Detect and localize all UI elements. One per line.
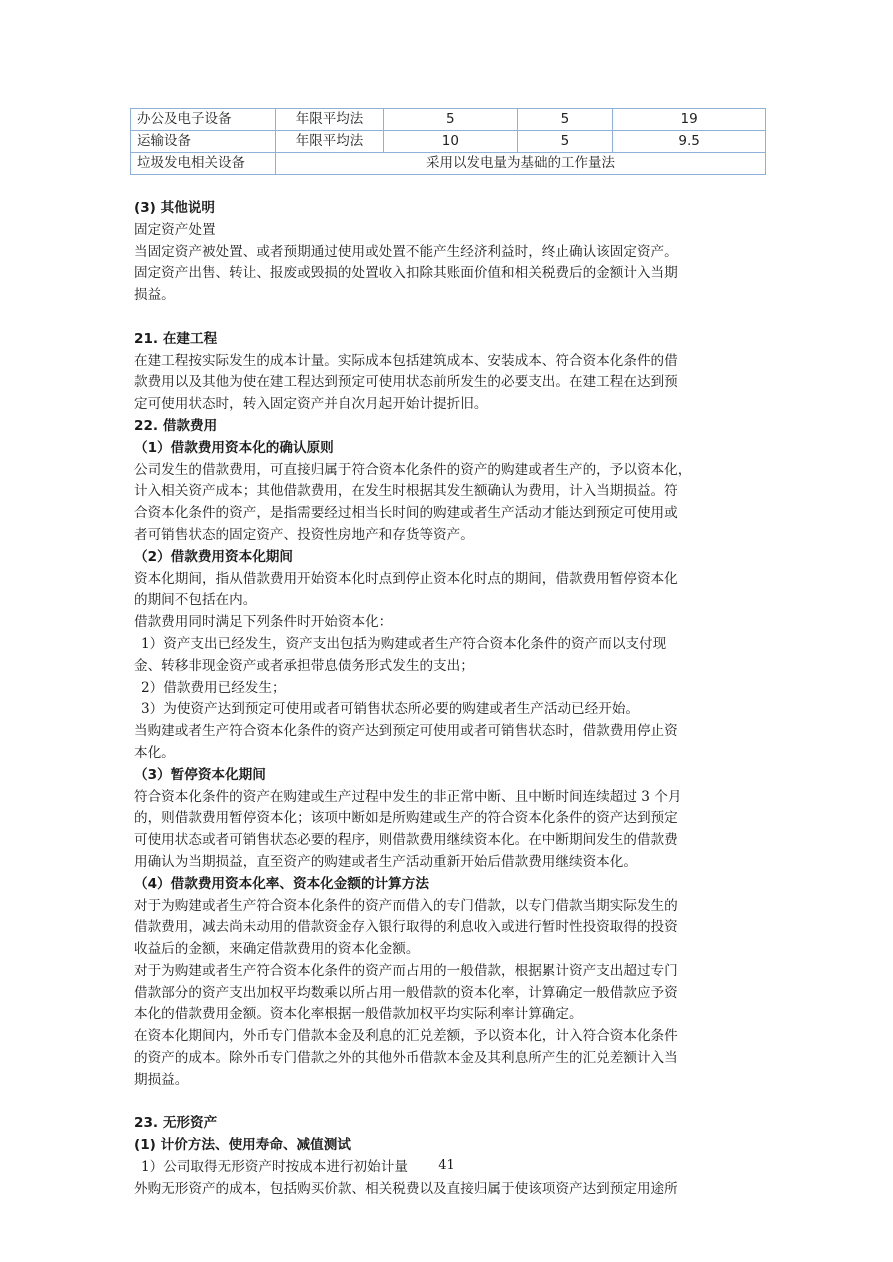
subsection-heading: (1) 计价方法、使用寿命、减值测试 [134, 1135, 764, 1157]
paragraph-line: 外购无形资产的成本，包括购买价款、相关税费以及直接归属于使该项资产达到预定用途所 [134, 1179, 764, 1201]
paragraph-line: 公司发生的借款费用，可直接归属于符合资本化条件的资产的购建或者生产的，予以资本化… [134, 460, 764, 482]
paragraph-line: 固定资产出售、转让、报废或毁损的处置收入扣除其账面价值和相关税费后的金额计入当期 [134, 263, 764, 285]
paragraph-line: 对于为购建或者生产符合资本化条件的资产而占用的一般借款，根据累计资产支出超过专门 [134, 961, 764, 983]
subsection-heading: （1）借款费用资本化的确认原则 [134, 438, 764, 460]
paragraph-line: 当固定资产被处置、或者预期通过使用或处置不能产生经济利益时，终止确认该固定资产。 [134, 242, 764, 264]
paragraph-line: 借款部分的资产支出加权平均数乘以所占用一般借款的资本化率，计算确定一般借款应予资 [134, 983, 764, 1005]
table-cell-years: 10 [384, 131, 518, 153]
paragraph-line: 可使用状态或者可销售状态必要的程序，则借款费用继续资本化。在中断期间发生的借款费 [134, 830, 764, 852]
paragraph-line: 的期间不包括在内。 [134, 590, 764, 612]
paragraph-line: 用确认为当期损益，直至资产的购建或者生产活动重新开始后借款费用继续资本化。 [134, 852, 764, 874]
subheading: 固定资产处置 [134, 220, 764, 242]
paragraph-line: 对于为购建或者生产符合资本化条件的资产而借入的专门借款，以专门借款当期实际发生的 [134, 896, 764, 918]
table-cell-residual-rate: 5 [517, 131, 613, 153]
depreciation-table: 办公及电子设备 年限平均法 5 5 19 运输设备 年限平均法 10 5 9.5… [130, 108, 766, 175]
table-cell-years: 5 [384, 109, 518, 131]
subsection-heading: （2）借款费用资本化期间 [134, 547, 764, 569]
paragraph-line: 合资本化条件的资产，是指需要经过相当长时间的购建或者生产活动才能达到预定可使用或 [134, 503, 764, 525]
paragraph-line: 当购建或者生产符合资本化条件的资产达到预定可使用或者可销售状态时，借款费用停止资 [134, 721, 764, 743]
subsection-heading: （4）借款费用资本化率、资本化金额的计算方法 [134, 874, 764, 896]
table-cell-category: 垃圾发电相关设备 [131, 153, 276, 175]
table-cell-category: 运输设备 [131, 131, 276, 153]
section-heading: 21. 在建工程 [134, 329, 764, 351]
document-body: (3) 其他说明 固定资产处置 当固定资产被处置、或者预期通过使用或处置不能产生… [134, 198, 764, 1201]
table-cell-category: 办公及电子设备 [131, 109, 276, 131]
paragraph-line: 借款费用同时满足下列条件时开始资本化： [134, 612, 764, 634]
section-heading: 22. 借款费用 [134, 416, 764, 438]
table-row: 办公及电子设备 年限平均法 5 5 19 [131, 109, 766, 131]
table-cell-merged-method: 采用以发电量为基础的工作量法 [276, 153, 766, 175]
table-cell-annual-rate: 9.5 [613, 131, 766, 153]
paragraph-line: 损益。 [134, 285, 764, 307]
paragraph-line: 定可使用状态时，转入固定资产并自次月起开始计提折旧。 [134, 394, 764, 416]
table-row: 垃圾发电相关设备 采用以发电量为基础的工作量法 [131, 153, 766, 175]
paragraph-line: 在建工程按实际发生的成本计量。实际成本包括建筑成本、安装成本、符合资本化条件的借 [134, 351, 764, 373]
paragraph-line: 款费用以及其他为使在建工程达到预定可使用状态前所发生的必要支出。在建工程在达到预 [134, 372, 764, 394]
subsection-heading: （3）暂停资本化期间 [134, 765, 764, 787]
paragraph-line: 资本化期间，指从借款费用开始资本化时点到停止资本化时点的期间，借款费用暂停资本化 [134, 569, 764, 591]
paragraph-line: 本化。 [134, 743, 764, 765]
paragraph-line: 本化的借款费用金额。资本化率根据一般借款加权平均实际利率计算确定。 [134, 1004, 764, 1026]
page-number: 41 [0, 1158, 893, 1173]
section-heading: (3) 其他说明 [134, 198, 764, 220]
paragraph-line: 期损益。 [134, 1070, 764, 1092]
table-row: 运输设备 年限平均法 10 5 9.5 [131, 131, 766, 153]
paragraph-line: 借款费用，减去尚未动用的借款资金存入银行取得的利息收入或进行暂时性投资取得的投资 [134, 917, 764, 939]
list-item: 2）借款费用已经发生； [134, 678, 764, 700]
paragraph-line: 者可销售状态的固定资产、投资性房地产和存货等资产。 [134, 525, 764, 547]
list-item: 1）资产支出已经发生，资产支出包括为购建或者生产符合资本化条件的资产而以支付现 [134, 634, 764, 656]
document-page: 办公及电子设备 年限平均法 5 5 19 运输设备 年限平均法 10 5 9.5… [0, 0, 893, 1262]
paragraph-line: 的，则借款费用暂停资本化；该项中断如是所购建或生产的符合资本化条件的资产达到预定 [134, 808, 764, 830]
table-cell-method: 年限平均法 [276, 131, 384, 153]
paragraph-line: 金、转移非现金资产或者承担带息债务形式发生的支出； [134, 656, 764, 678]
paragraph-line: 的资产的成本。除外币专门借款之外的其他外币借款本金及其利息所产生的汇兑差额计入当 [134, 1048, 764, 1070]
table-cell-residual-rate: 5 [517, 109, 613, 131]
paragraph-line: 符合资本化条件的资产在购建或生产过程中发生的非正常中断、且中断时间连续超过 3 … [134, 787, 764, 809]
table-cell-annual-rate: 19 [613, 109, 766, 131]
section-heading: 23. 无形资产 [134, 1113, 764, 1135]
table-cell-method: 年限平均法 [276, 109, 384, 131]
paragraph-line: 收益后的金额，来确定借款费用的资本化金额。 [134, 939, 764, 961]
list-item: 3）为使资产达到预定可使用或者可销售状态所必要的购建或者生产活动已经开始。 [134, 699, 764, 721]
paragraph-line: 计入相关资产成本；其他借款费用，在发生时根据其发生额确认为费用，计入当期损益。符 [134, 481, 764, 503]
paragraph-line: 在资本化期间内，外币专门借款本金及利息的汇兑差额，予以资本化，计入符合资本化条件 [134, 1026, 764, 1048]
